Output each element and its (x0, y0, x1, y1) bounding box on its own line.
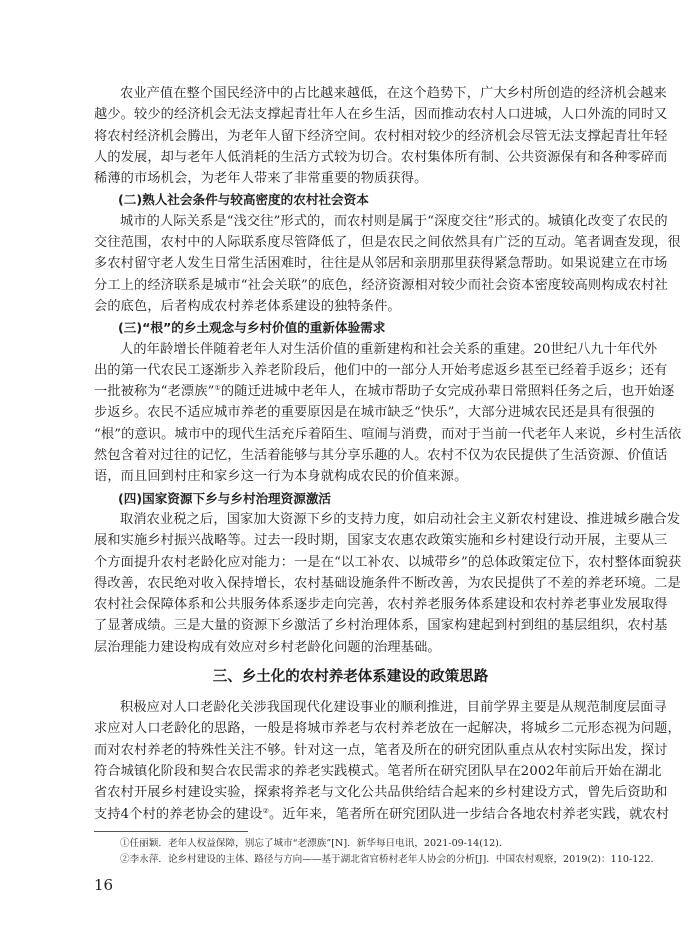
text-line: 人的年龄增长伴随着老年人对生活价值的重新建构和社会关系的重建。20世纪八九十年代… (94, 339, 607, 360)
text-line: 步返乡。农民不适应城市养老的重要原因是在城市缺乏“快乐”，大部分进城农民还是具有… (94, 402, 607, 423)
text-line: 展和实施乡村振兴战略等。过去一段时期，国家支农惠农政策实施和乡村建设行动开展，主… (94, 530, 607, 551)
subheading-root-concept: (三)“根”的乡土观念与乡村价值的重新体验需求 (94, 317, 607, 338)
text-line: 而对农村养老的特殊性关注不够。针对这一点，笔者及所在的研究团队重点从农村实际出发… (94, 740, 607, 761)
paragraph-social-capital: 城市的人际关系是“浅交往”形式的，而农村则是属于“深度交往”形式的。城镇化改变了… (94, 211, 607, 317)
paragraph-state-resources: 取消农业税之后，国家加大资源下乡的支持力度，如启动社会主义新农村建设、推进城乡融… (94, 509, 607, 658)
text-line: 出的第一代农民工逐渐步入养老阶段后，他们中的一部分人开始考虑返乡甚至已经着手返乡… (94, 360, 607, 381)
paragraph-root-concept: 人的年龄增长伴随着老年人对生活价值的重新建构和社会关系的重建。20世纪八九十年代… (94, 339, 607, 488)
text-line: 个方面提升农村老龄化应对能力：一是在“以工补农、以城带乡”的总体政策定位下，农村… (94, 552, 607, 573)
text-line: 交往范围，农村中的人际联系度尽管降低了，但是农民之间依然具有广泛的互动。笔者调查… (94, 232, 607, 253)
text-line: “根”的意识。城市中的现代生活充斥着陌生、喧闹与消费，而对于当前一代老年人来说，… (94, 424, 607, 445)
text-line: 积极应对人口老龄化关涉我国现代化建设事业的顺利推进，目前学界主要是从规范制度层面… (94, 697, 607, 718)
text-line: 了显著成绩。三是大量的资源下乡激活了乡村治理体系，国家构建起到村到组的基层组织，… (94, 615, 607, 636)
text-line: 一批被称为“老漂族”①的随迁进城中老年人，在城市帮助子女完成孙辈日常照料任务之后… (94, 381, 607, 402)
text-line: 多农村留守老人发生日常生活困难时，往往是从邻居和亲朋那里获得紧急帮助。如果说建立… (94, 253, 607, 274)
text-line: 将农村经济机会腾出，为老年人留下经济空间。农村相对较少的经济机会尽管无法支撑起青… (94, 126, 607, 147)
text-line: 然包含着对过往的记忆，生活着能够与其分享乐趣的人。农村不仅为农民提供了生活资源、… (94, 445, 607, 466)
text-line: 省农村开展乡村建设实验，探索将养老与文化公共品供给结合起来的乡村建设方式，曾先后… (94, 782, 607, 803)
footnote-1: ①任丽颖．老年人权益保障，别忘了城市“老漂族”[N]．新华每日电讯，2021-0… (94, 836, 607, 852)
text-line: 农村社会保障体系和公共服务体系逐步走向完善，农村养老服务体系建设和农村养老事业发… (94, 594, 607, 615)
section-title: 三、乡土化的农村养老体系建设的政策思路 (94, 667, 607, 687)
page-number: 16 (94, 876, 607, 894)
text-line: 城市的人际关系是“浅交往”形式的，而农村则是属于“深度交往”形式的。城镇化改变了… (94, 211, 607, 232)
text-line: 农业产值在整个国民经济中的占比越来越低，在这个趋势下，广大乡村所创造的经济机会越… (94, 83, 607, 104)
text-line: 语，而且回到村庄和家乡这一行为本身就构成农民的价值来源。 (94, 466, 607, 487)
subheading-state-resources: (四)国家资源下乡与乡村治理资源激活 (94, 488, 607, 509)
text-line: 得改善，农民绝对收入保持增长，农村基础设施条件不断改善，为农民提供了不差的养老环… (94, 573, 607, 594)
paragraph-policy-ideas: 积极应对人口老龄化关涉我国现代化建设事业的顺利推进，目前学界主要是从规范制度层面… (94, 697, 607, 825)
text-line: 取消农业税之后，国家加大资源下乡的支持力度，如启动社会主义新农村建设、推进城乡融… (94, 509, 607, 530)
text-line: 越少。较少的经济机会无法支撑起青壮年人在乡生活，因而推动农村人口进城，人口外流的… (94, 104, 607, 125)
text-line: 求应对人口老龄化的思路，一般是将城市养老与农村养老放在一起解决，将城乡二元形态视… (94, 718, 607, 739)
text-line: 支持4个村的养老协会的建设②。近年来，笔者所在研究团队进一步结合各地农村养老实践… (94, 804, 607, 825)
text-line: 分工上的经济联系是城市“社会关联”的底色，经济资源相对较少而社会资本密度较高则构… (94, 275, 607, 296)
footnote-divider (94, 831, 248, 832)
text-line: 会的底色，后者构成农村养老体系建设的独特条件。 (94, 296, 607, 317)
text-fragment: 。近年来，笔者所在研究团队进一步结合各地农村养老实践，就农村 (269, 807, 669, 822)
text-line: 符合城镇化阶段和契合农民需求的养老实践模式。笔者所在研究团队早在2002年前后开… (94, 761, 607, 782)
text-line: 层治理能力建设构成有效应对乡村老龄化问题的治理基础。 (94, 637, 607, 658)
text-line: 人的发展，却与老年人低消耗的生活方式较为切合。农村集体所有制、公共资源保有和各种… (94, 147, 607, 168)
text-fragment: 一批被称为“老漂族” (94, 384, 214, 399)
document-page: 农业产值在整个国民经济中的占比越来越低，在这个趋势下，广大乡村所创造的经济机会越… (94, 83, 607, 894)
text-line: 稀薄的市场机会，为老年人带来了非常重要的物质获得。 (94, 168, 607, 189)
text-fragment: 的随迁进城中老年人，在城市帮助子女完成孙辈日常照料任务之后，也开始逐 (221, 384, 674, 399)
subheading-social-capital: (二)熟人社会条件与较高密度的农村社会资本 (94, 189, 607, 210)
text-fragment: 支持4个村的养老协会的建设 (94, 807, 263, 822)
footnote-2: ②李永萍．论乡村建设的主体、路径与方向——基于湖北省官桥村老年人协会的分析[J]… (94, 852, 607, 868)
paragraph-rural-economy: 农业产值在整个国民经济中的占比越来越低，在这个趋势下，广大乡村所创造的经济机会越… (94, 83, 607, 189)
